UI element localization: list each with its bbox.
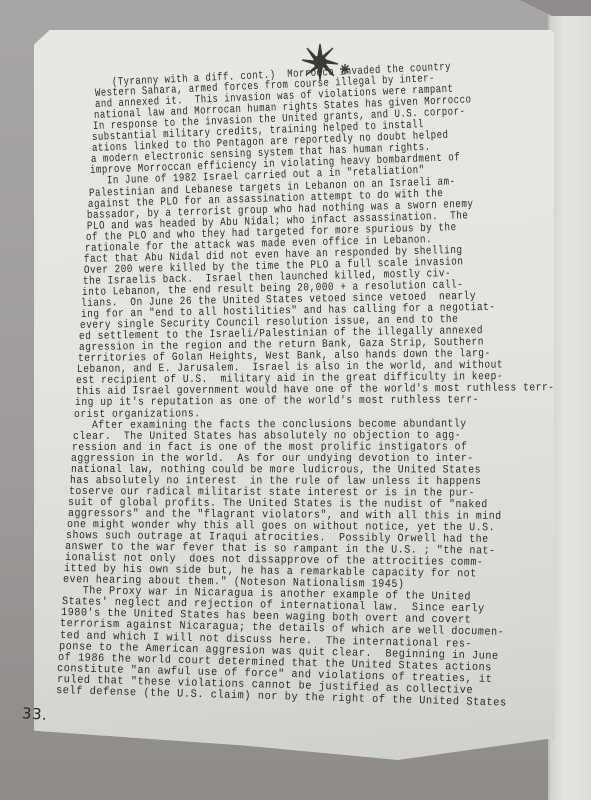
typewritten-body: (Tyranny with a diff. cont.) Morrocco in… [0,0,591,800]
text-line: ing up it's reputation as one of the wor… [75,395,479,410]
page-number: 33. [21,704,48,724]
text-line: aggression in the world. As for our undy… [71,453,474,465]
